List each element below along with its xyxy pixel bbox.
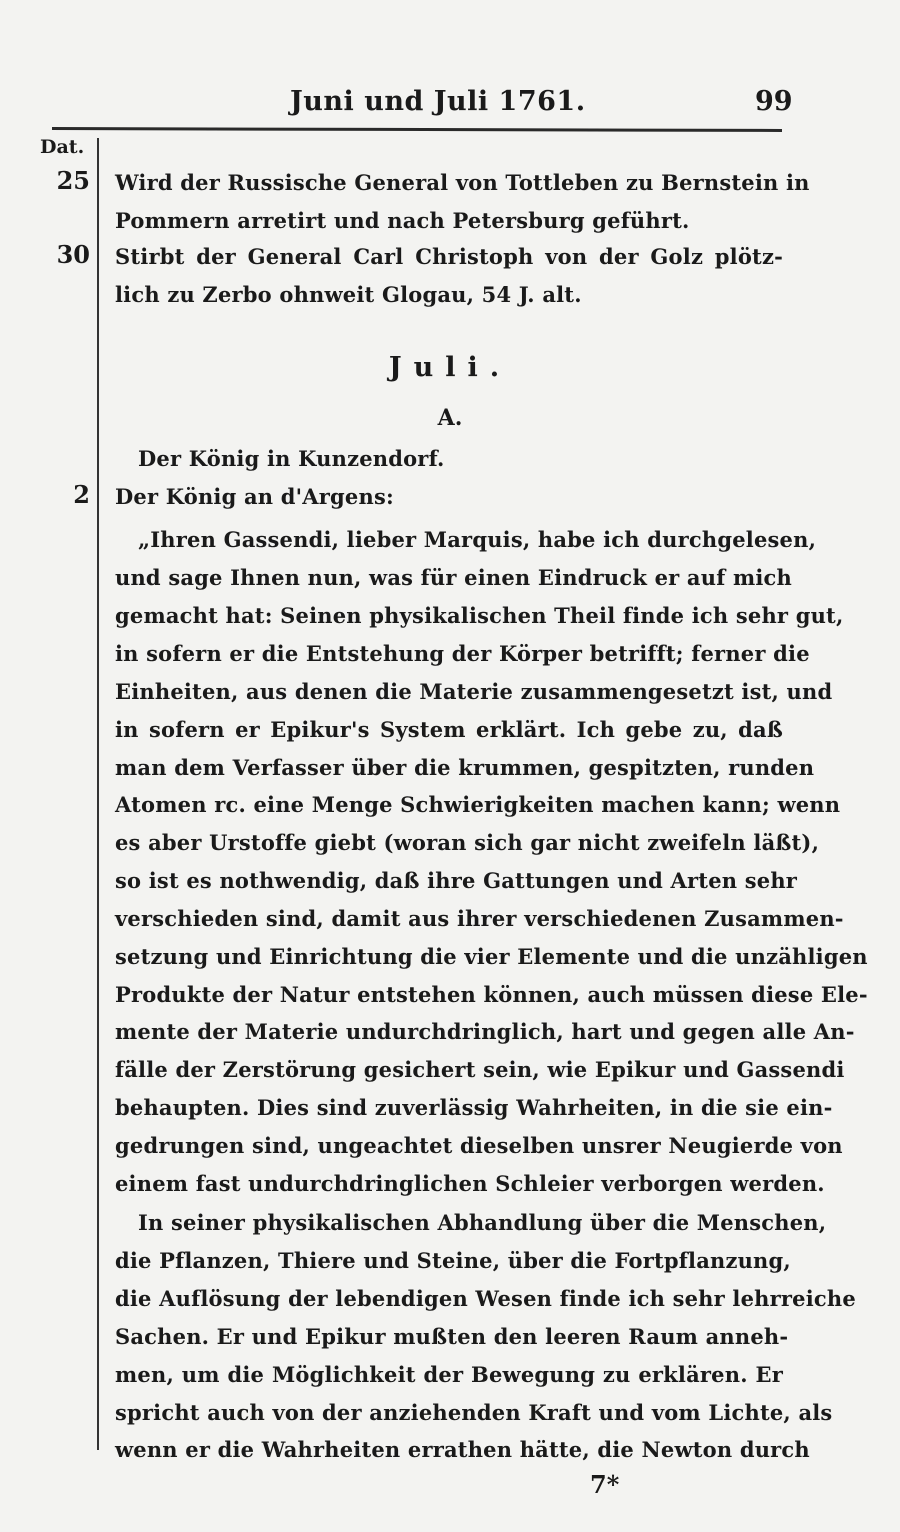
text-line: setzung und Einrichtung die vier Element… xyxy=(115,944,783,969)
text-line: Atomen rc. eine Menge Schwierigkeiten ma… xyxy=(115,792,783,817)
text-line: Produkte der Natur entstehen können, auc… xyxy=(115,982,783,1007)
running-title: Juni und Juli 1761. xyxy=(290,86,586,117)
section-title: Juli. xyxy=(0,352,900,383)
header-rule xyxy=(52,127,782,132)
text-line: Einheiten, aus denen die Materie zusamme… xyxy=(115,679,783,704)
text-line: behaupten. Dies sind zuverlässig Wahrhei… xyxy=(115,1095,783,1120)
text-line: wenn er die Wahrheiten errathen hätte, d… xyxy=(115,1437,783,1462)
date-column-rule xyxy=(97,138,99,1450)
entry-date: 25 xyxy=(38,166,90,195)
text-line: fälle der Zerstörung gesichert sein, wie… xyxy=(115,1057,783,1082)
signature-mark: 7* xyxy=(590,1470,619,1499)
text-line: gedrungen sind, ungeachtet dieselben uns… xyxy=(115,1133,783,1158)
text-line: Wird der Russische General von Tottleben… xyxy=(115,170,783,195)
text-line: gemacht hat: Seinen physikalischen Theil… xyxy=(115,603,783,628)
page-number: 99 xyxy=(755,86,793,117)
text-line: es aber Urstoffe giebt (woran sich gar n… xyxy=(115,830,783,855)
book-page: Juni und Juli 1761. 99 Dat. 25 Wird der … xyxy=(0,0,900,1532)
section-subtitle: A. xyxy=(0,405,900,431)
text-line: mente der Materie undurchdringlich, hart… xyxy=(115,1019,783,1044)
text-line: die Pflanzen, Thiere und Steine, über di… xyxy=(115,1248,783,1273)
text-line: men, um die Möglichkeit der Bewegung zu … xyxy=(115,1362,783,1387)
entry-date: 30 xyxy=(38,240,90,269)
text-line: Sachen. Er und Epikur mußten den leeren … xyxy=(115,1324,783,1349)
text-line: „Ihren Gassendi, lieber Marquis, habe ic… xyxy=(138,527,783,552)
text-line: In seiner physikalischen Abhandlung über… xyxy=(138,1210,783,1235)
text-line: verschieden sind, damit aus ihrer versch… xyxy=(115,906,783,931)
running-head: Juni und Juli 1761. 99 xyxy=(0,86,900,122)
date-column-label: Dat. xyxy=(40,136,84,158)
text-line: spricht auch von der anziehenden Kraft u… xyxy=(115,1400,783,1425)
text-line: man dem Verfasser über die krummen, gesp… xyxy=(115,755,783,780)
text-line: und sage Ihnen nun, was für einen Eindru… xyxy=(115,565,783,590)
letter-heading: Der König an d'Argens: xyxy=(115,484,783,509)
text-line: die Auflösung der lebendigen Wesen finde… xyxy=(115,1286,783,1311)
text-line: so ist es nothwendig, daß ihre Gattungen… xyxy=(115,868,783,893)
text-line: Pommern arretirt und nach Petersburg gef… xyxy=(115,208,783,233)
text-line: einem fast undurchdringlichen Schleier v… xyxy=(115,1171,783,1196)
text-line: in sofern er die Entstehung der Körper b… xyxy=(115,641,783,666)
text-line: Stirbt der General Carl Christoph von de… xyxy=(115,244,783,269)
text-line: in sofern er Epikur's System erklärt. Ic… xyxy=(115,717,783,742)
text-line: lich zu Zerbo ohnweit Glogau, 54 J. alt. xyxy=(115,282,783,307)
intro-line: Der König in Kunzendorf. xyxy=(138,446,783,471)
entry-date: 2 xyxy=(38,480,90,509)
